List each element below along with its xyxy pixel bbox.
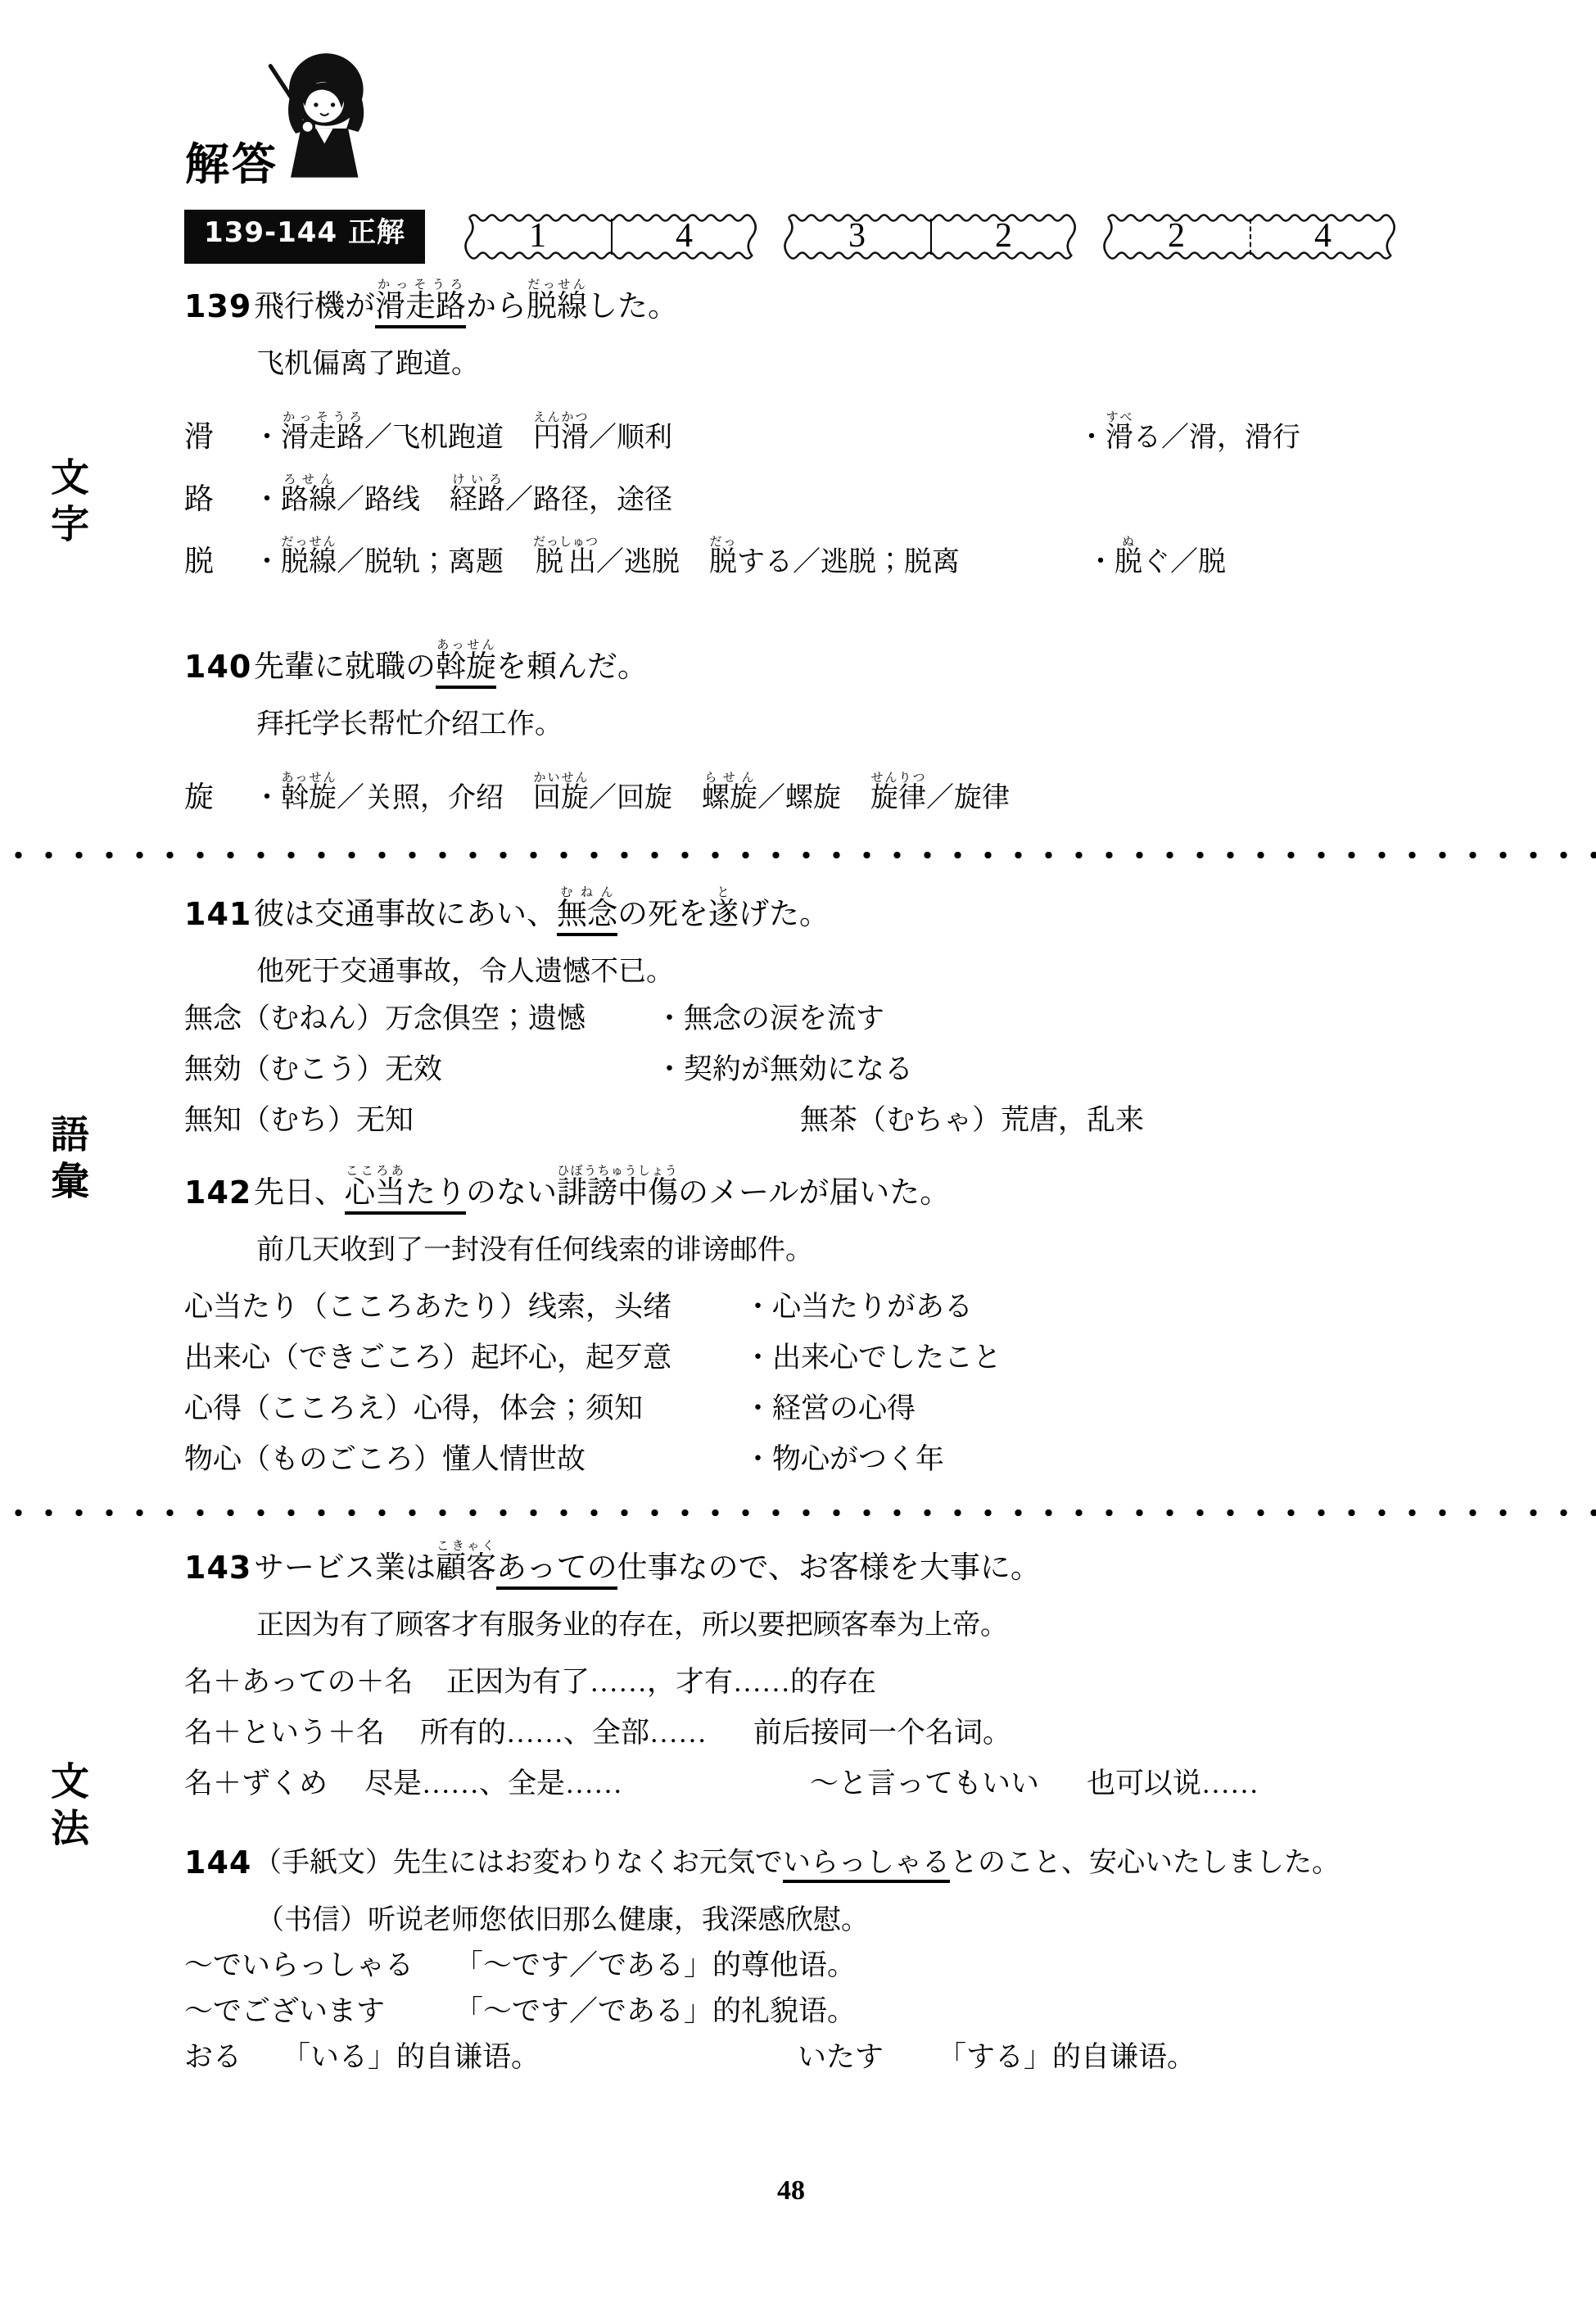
vocab-item: 「～です／である」的尊他语。 <box>454 1948 856 1984</box>
explanation-rows: 名＋あっての＋名正因为有了……，才有……的存在名＋という＋名所有的……、全部……… <box>184 1663 1494 1804</box>
text-segment: たり <box>405 1176 466 1215</box>
kanji-label: 滑 <box>184 421 253 452</box>
explanation-row: 出来心（できごころ）起坏心，起歹意・出来心でしたこと <box>184 1338 1494 1378</box>
vocab-item: 無知（むち）无知 <box>184 1101 414 1140</box>
text-segment: る／滑，滑行 <box>1133 423 1300 453</box>
vocab-item: 出来心（できごころ）起坏心，起歹意 <box>184 1338 671 1378</box>
vocab-item: ・物心がつく年 <box>744 1440 944 1479</box>
text-segment: 「いる」的自谦语。 <box>282 2041 540 2073</box>
answer-box-1: 1 4 <box>464 210 757 263</box>
text-segment: 先日、 <box>254 1176 345 1210</box>
vocab-item: 脱だっする／逃脱；脱离 <box>709 536 960 578</box>
text-segment: ・ <box>1087 547 1114 577</box>
vocab-item: ・出来心でしたこと <box>744 1338 1001 1378</box>
text-segment: ／旋律 <box>926 783 1010 813</box>
vocab-item: ・心当たりがある <box>744 1288 973 1327</box>
answer-box-2: 3 2 <box>784 210 1077 263</box>
text-segment: ・物心がつく年 <box>744 1443 944 1475</box>
kanji-label: 脱 <box>184 545 253 577</box>
text-segment: ・ <box>1078 423 1105 453</box>
vocab-item: 旋律せんりつ／旋律 <box>870 772 1010 814</box>
question-sentence: 彼は交通事故にあい、無念むねんの死を遂とげた。 <box>254 878 1494 935</box>
explanation-row: 名＋という＋名所有的……、全部……前后接同一个名词。 <box>184 1713 1494 1753</box>
dotted-separator <box>0 850 1596 860</box>
ruby-annotated-text: 無念むねん <box>557 898 617 936</box>
answer-value: 3 <box>784 210 930 263</box>
vocab-item: ～と言ってもいい <box>810 1764 1039 1804</box>
explanation-row: ～でいらっしゃる「～です／である」的尊他语。 <box>184 1948 1494 1984</box>
question-sentence: 先輩に就職の斡旋あっせんを頼んだ。 <box>254 631 1494 688</box>
text-segment: ／路径，途径 <box>505 485 672 515</box>
text-segment: ／回旋 <box>589 783 672 813</box>
text-segment: ・経営の心得 <box>744 1392 916 1424</box>
question-sentence: 先日、心当こころあたりのない誹謗中傷ひぼうちゅうしょうのメールが届いた。 <box>254 1156 1494 1214</box>
text-segment: ・ <box>253 423 281 453</box>
text-segment: ・ <box>253 547 281 577</box>
text-segment: 「～です／である」的尊他语。 <box>454 1949 856 1981</box>
answer-box-3: 2 4 <box>1103 210 1396 263</box>
vocab-item: 無効（むこう）无效 <box>184 1050 442 1089</box>
vocab-item: 無茶（むちゃ）荒唐，乱来 <box>800 1101 1144 1140</box>
vocab-item: 心得（こころえ）心得，体会；须知 <box>184 1389 643 1428</box>
text-segment: 無念（むねん）万念俱空；遗憾 <box>184 1003 586 1034</box>
text-segment: 尽是……、全是…… <box>364 1768 622 1799</box>
sidebar-label-bunpo: 文法 <box>39 1761 94 1854</box>
question-140: 140 先輩に就職の斡旋あっせんを頼んだ。 拜托学长帮忙介绍工作。 旋・斡旋あっ… <box>184 631 1494 814</box>
text-segment: ・ <box>253 485 281 515</box>
answer-value: 1 <box>464 210 611 263</box>
workbook-answer-page: 解答 139-144 正解 1 4 3 2 2 4 文字 語彙 文法 <box>0 0 1596 2322</box>
question-translation: 飞机偏离了跑道。 <box>256 346 1494 383</box>
text-segment: 名＋という＋名 <box>184 1717 385 1749</box>
ruby-annotated-text: 円滑えんかつ <box>533 423 589 453</box>
question-number: 141 <box>184 896 251 932</box>
question-142: 142 先日、心当こころあたりのない誹謗中傷ひぼうちゅうしょうのメールが届いた。… <box>184 1156 1494 1491</box>
question-translation: 正因为有了顾客才有服务业的存在，所以要把顾客奉为上帝。 <box>256 1607 1494 1645</box>
text-segment: ～でございます <box>184 1995 385 2027</box>
text-segment: ／路线 <box>337 485 420 515</box>
kanji-label: 路 <box>184 483 253 514</box>
vocab-item: 円滑えんかつ／顺利 <box>533 411 672 454</box>
text-segment: 無知（むち）无知 <box>184 1104 414 1136</box>
text-segment: を頼んだ。 <box>496 650 648 684</box>
question-number: 143 <box>184 1550 251 1586</box>
text-segment: 所有的……、全部…… <box>420 1717 707 1749</box>
question-translation: 他死于交通事故，令人遗憾不已。 <box>256 953 1494 991</box>
ruby-annotated-text: 顧客こきゃく <box>436 1551 496 1585</box>
text-segment: ／逃脱 <box>596 547 680 577</box>
answer-value: 2 <box>1103 210 1250 263</box>
text-segment: 「～です／である」的礼貌语。 <box>454 1995 856 2027</box>
sidebar-label-moji: 文字 <box>39 457 94 550</box>
explanation-rows: ～でいらっしゃる「～です／である」的尊他语。～でございます「～です／である」的礼… <box>184 1948 1494 2075</box>
eye-left <box>314 102 318 106</box>
explanation-row: おる「いる」的自谦语。いたす「する」的自谦语。 <box>184 2039 1494 2075</box>
text-segment: 出来心（できごころ）起坏心，起歹意 <box>184 1342 671 1374</box>
question-sentence: 飛行機が滑走路かっそうろから脱線だっせんした。 <box>254 270 1494 328</box>
explanation-rows: 滑・滑走路かっそうろ／飞机跑道円滑えんかつ／顺利・滑すべる／滑，滑行路・路線ろせ… <box>184 392 1494 578</box>
explanation-row: 名＋ずくめ尽是……、全是……～と言ってもいい也可以说…… <box>184 1764 1494 1804</box>
vocab-item: 所有的……、全部…… <box>420 1713 707 1753</box>
text-segment: いたす <box>798 2041 884 2073</box>
vocab-item: 名＋あっての＋名 <box>184 1663 414 1702</box>
explanation-row: 物心（ものごころ）懂人情世故・物心がつく年 <box>184 1440 1494 1479</box>
text-segment: ～でいらっしゃる <box>184 1949 414 1981</box>
vocab-item: おる <box>184 2039 242 2075</box>
explanation-row: 無知（むち）无知無茶（むちゃ）荒唐，乱来 <box>184 1101 1494 1140</box>
ruby-annotated-text: 螺旋らせん <box>702 783 757 813</box>
answer-value: 4 <box>611 210 757 263</box>
vocab-item: ・斡旋あっせん／关照，介绍 <box>253 772 504 814</box>
vocab-item: ・滑すべる／滑，滑行 <box>1078 411 1300 454</box>
ruby-annotated-text: 誹謗中傷ひぼうちゅうしょう <box>557 1176 678 1210</box>
vocab-item: ・路線ろせん／路线 <box>253 473 420 516</box>
ruby-annotated-text: 脱だっ <box>709 547 737 577</box>
text-segment: のない <box>466 1176 557 1210</box>
vocab-item: 「～です／である」的礼貌语。 <box>454 1994 856 2030</box>
text-segment: 「する」的自谦语。 <box>938 2041 1196 2073</box>
answer-key-label: 139-144 正解 <box>184 210 425 264</box>
dotted-separator <box>0 1508 1596 1518</box>
hand <box>301 120 314 133</box>
eye-right <box>331 102 335 106</box>
question-translation: （书信）听说老师您依旧那么健康，我深感欣慰。 <box>256 1902 1494 1940</box>
explanation-rows: 心当たり（こころあたり）线索，头绪・心当たりがある出来心（できごころ）起坏心，起… <box>184 1288 1494 1479</box>
ruby-annotated-text: 斡旋あっせん <box>436 650 496 689</box>
text-segment: 心得（こころえ）心得，体会；须知 <box>184 1392 643 1424</box>
question-144: 144 （手紙文）先生にはお変わりなくお元気でいらっしゃるとのこと、安心いたしま… <box>184 1826 1494 2085</box>
text-segment: した。 <box>587 290 678 324</box>
vocab-item: 「いる」的自谦语。 <box>282 2039 540 2075</box>
vocab-item: ・脱ぬぐ／脱 <box>1087 536 1226 578</box>
vocab-item: 名＋という＋名 <box>184 1713 385 1753</box>
kanji-label: 旋 <box>184 781 253 812</box>
text-segment: とのこと、安心いたしました。 <box>950 1848 1340 1878</box>
ruby-annotated-text: 斡旋あっせん <box>281 783 337 813</box>
ruby-annotated-text: 脱出だっしゅつ <box>533 547 596 577</box>
page-number: 48 <box>758 2175 824 2207</box>
text-segment: 物心（ものごころ）懂人情世故 <box>184 1443 586 1475</box>
vocab-item: 心当たり（こころあたり）线索，头绪 <box>184 1288 671 1327</box>
explanation-row: 心当たり（こころあたり）线索，头绪・心当たりがある <box>184 1288 1494 1327</box>
answer-value: 4 <box>1250 210 1396 263</box>
text-segment: いらっしゃる <box>783 1848 950 1883</box>
text-segment: 也可以说…… <box>1087 1768 1259 1799</box>
teacher-girl-illustration <box>257 49 378 188</box>
ruby-annotated-text: 滑すべ <box>1105 423 1133 453</box>
text-segment: ／飞机跑道 <box>364 423 504 453</box>
ruby-annotated-text: 遂と <box>708 898 739 931</box>
text-segment: 仕事なので、お客様を大事に。 <box>617 1551 1041 1585</box>
vocab-item: 物心（ものごころ）懂人情世故 <box>184 1440 586 1479</box>
text-segment: ・契約が無効になる <box>655 1053 913 1085</box>
text-segment: 先輩に就職の <box>254 650 436 684</box>
sidebar-label-goi: 語彙 <box>39 1114 94 1207</box>
question-141: 141 彼は交通事故にあい、無念むねんの死を遂とげた。 他死于交通事故，令人遗憾… <box>184 878 1494 1152</box>
explanation-row: 無効（むこう）无效・契約が無効になる <box>184 1050 1494 1089</box>
ruby-annotated-text: 滑走路かっそうろ <box>281 423 364 453</box>
text-segment: 心当たり（こころあたり）线索，头绪 <box>184 1291 671 1323</box>
ruby-annotated-text: 経路けいろ <box>450 485 505 515</box>
question-number: 142 <box>184 1175 251 1211</box>
vocab-item: 「する」的自谦语。 <box>938 2039 1196 2075</box>
vocab-item: ・経営の心得 <box>744 1389 916 1428</box>
question-translation: 拜托学长帮忙介绍工作。 <box>256 706 1494 744</box>
vocab-item: ・無念の涙を流す <box>655 999 884 1039</box>
vocab-item: ・契約が無効になる <box>655 1050 913 1089</box>
text-segment: おる <box>184 2041 242 2073</box>
ruby-annotated-text: 旋律せんりつ <box>870 783 926 813</box>
vocab-item: ～でいらっしゃる <box>184 1948 414 1984</box>
explanation-rows: 無念（むねん）万念俱空；遗憾・無念の涙を流す無効（むこう）无效・契約が無効になる… <box>184 999 1494 1140</box>
vocab-item: 回旋かいせん／回旋 <box>533 772 672 814</box>
text-segment: ぐ／脱 <box>1142 547 1226 577</box>
text-segment: サービス業は <box>254 1551 436 1585</box>
explanation-row: 路・路線ろせん／路线経路けいろ／路径，途径 <box>184 454 1494 516</box>
ruby-annotated-text: 脱ぬ <box>1114 547 1142 577</box>
text-segment: する／逃脱；脱离 <box>737 547 960 577</box>
vocab-item: 経路けいろ／路径，途径 <box>450 473 672 516</box>
text-segment: 名＋ずくめ <box>184 1768 328 1799</box>
question-translation: 前几天收到了一封没有任何线索的诽谤邮件。 <box>256 1232 1494 1270</box>
vocab-item: 正因为有了……，才有……的存在 <box>446 1663 876 1702</box>
ruby-annotated-text: 路線ろせん <box>281 485 337 515</box>
explanation-row: 脱・脱線だっせん／脱轨；离题脱出だっしゅつ／逃脱脱だっする／逃脱；脱离・脱ぬぐ／… <box>184 516 1494 578</box>
explanation-row: 心得（こころえ）心得，体会；须知・経営の心得 <box>184 1389 1494 1428</box>
question-sentence: サービス業は顧客こきゃくあっての仕事なので、お客様を大事に。 <box>254 1532 1494 1589</box>
text-segment: 正因为有了……，才有……的存在 <box>446 1666 876 1698</box>
text-segment: のメールが届いた。 <box>678 1176 950 1210</box>
vocab-item: 名＋ずくめ <box>184 1764 328 1804</box>
explanation-rows: 旋・斡旋あっせん／关照，介绍回旋かいせん／回旋螺旋らせん／螺旋旋律せんりつ／旋律 <box>184 752 1494 814</box>
vocab-item: 螺旋らせん／螺旋 <box>702 772 841 814</box>
vocab-item: ・滑走路かっそうろ／飞机跑道 <box>253 411 504 454</box>
text-segment: ／螺旋 <box>757 783 841 813</box>
vocab-item: 無念（むねん）万念俱空；遗憾 <box>184 999 586 1039</box>
question-number: 144 <box>184 1844 251 1881</box>
ruby-annotated-text: 回旋かいせん <box>533 783 589 813</box>
question-143: 143 サービス業は顧客こきゃくあっての仕事なので、お客様を大事に。 正因为有了… <box>184 1532 1494 1815</box>
text-segment: ・ <box>253 783 281 813</box>
text-segment: の死を <box>617 898 708 931</box>
ruby-annotated-text: 滑走路かっそうろ <box>375 290 466 328</box>
text-segment: 彼は交通事故にあい、 <box>254 898 557 931</box>
question-sentence: （手紙文）先生にはお変わりなくお元気でいらっしゃるとのこと、安心いたしました。 <box>254 1826 1494 1884</box>
ruby-annotated-text: 脱線だっせん <box>281 547 337 577</box>
question-number: 139 <box>184 288 251 324</box>
text-segment: 無効（むこう）无效 <box>184 1053 442 1085</box>
explanation-row: 無念（むねん）万念俱空；遗憾・無念の涙を流す <box>184 999 1494 1039</box>
answer-value: 2 <box>930 210 1077 263</box>
text-segment: から <box>466 290 527 324</box>
text-segment: 前后接同一个名词。 <box>753 1717 1011 1749</box>
ruby-annotated-text: 脱線だっせん <box>527 290 587 324</box>
explanation-row: 旋・斡旋あっせん／关照，介绍回旋かいせん／回旋螺旋らせん／螺旋旋律せんりつ／旋律 <box>184 752 1494 814</box>
vocab-item: 尽是……、全是…… <box>364 1764 622 1804</box>
text-segment: ～と言ってもいい <box>810 1768 1039 1799</box>
ruby-annotated-text: 心当こころあ <box>345 1176 405 1215</box>
vocab-item: ～でございます <box>184 1994 385 2030</box>
text-segment: （手紙文）先生にはお変わりなくお元気で <box>254 1848 783 1878</box>
explanation-row: 名＋あっての＋名正因为有了……，才有……的存在 <box>184 1663 1494 1702</box>
text-segment: あっての <box>496 1551 617 1590</box>
explanation-row: ～でございます「～です／である」的礼貌语。 <box>184 1994 1494 2030</box>
text-segment: げた。 <box>739 898 830 931</box>
vocab-item: 前后接同一个名词。 <box>753 1713 1011 1753</box>
text-segment: ・出来心でしたこと <box>744 1342 1001 1374</box>
text-segment: 無茶（むちゃ）荒唐，乱来 <box>800 1104 1144 1136</box>
vocab-item: ・脱線だっせん／脱轨；离题 <box>253 536 504 578</box>
vocab-item: いたす <box>798 2039 884 2075</box>
text-segment: ／脱轨；离题 <box>337 547 504 577</box>
question-number: 140 <box>184 649 251 685</box>
text-segment: ・心当たりがある <box>744 1291 973 1323</box>
question-139: 139 飛行機が滑走路かっそうろから脱線だっせんした。 飞机偏离了跑道。 滑・滑… <box>184 270 1494 578</box>
text-segment: ／顺利 <box>589 423 672 453</box>
explanation-row: 滑・滑走路かっそうろ／飞机跑道円滑えんかつ／顺利・滑すべる／滑，滑行 <box>184 392 1494 454</box>
vocab-item: 脱出だっしゅつ／逃脱 <box>533 536 680 578</box>
text-segment: 名＋あっての＋名 <box>184 1666 414 1698</box>
text-segment: ／关照，介绍 <box>337 783 504 813</box>
vocab-item: 也可以说…… <box>1087 1764 1259 1804</box>
text-segment: ・無念の涙を流す <box>655 1003 884 1034</box>
text-segment: 飛行機が <box>254 290 375 324</box>
